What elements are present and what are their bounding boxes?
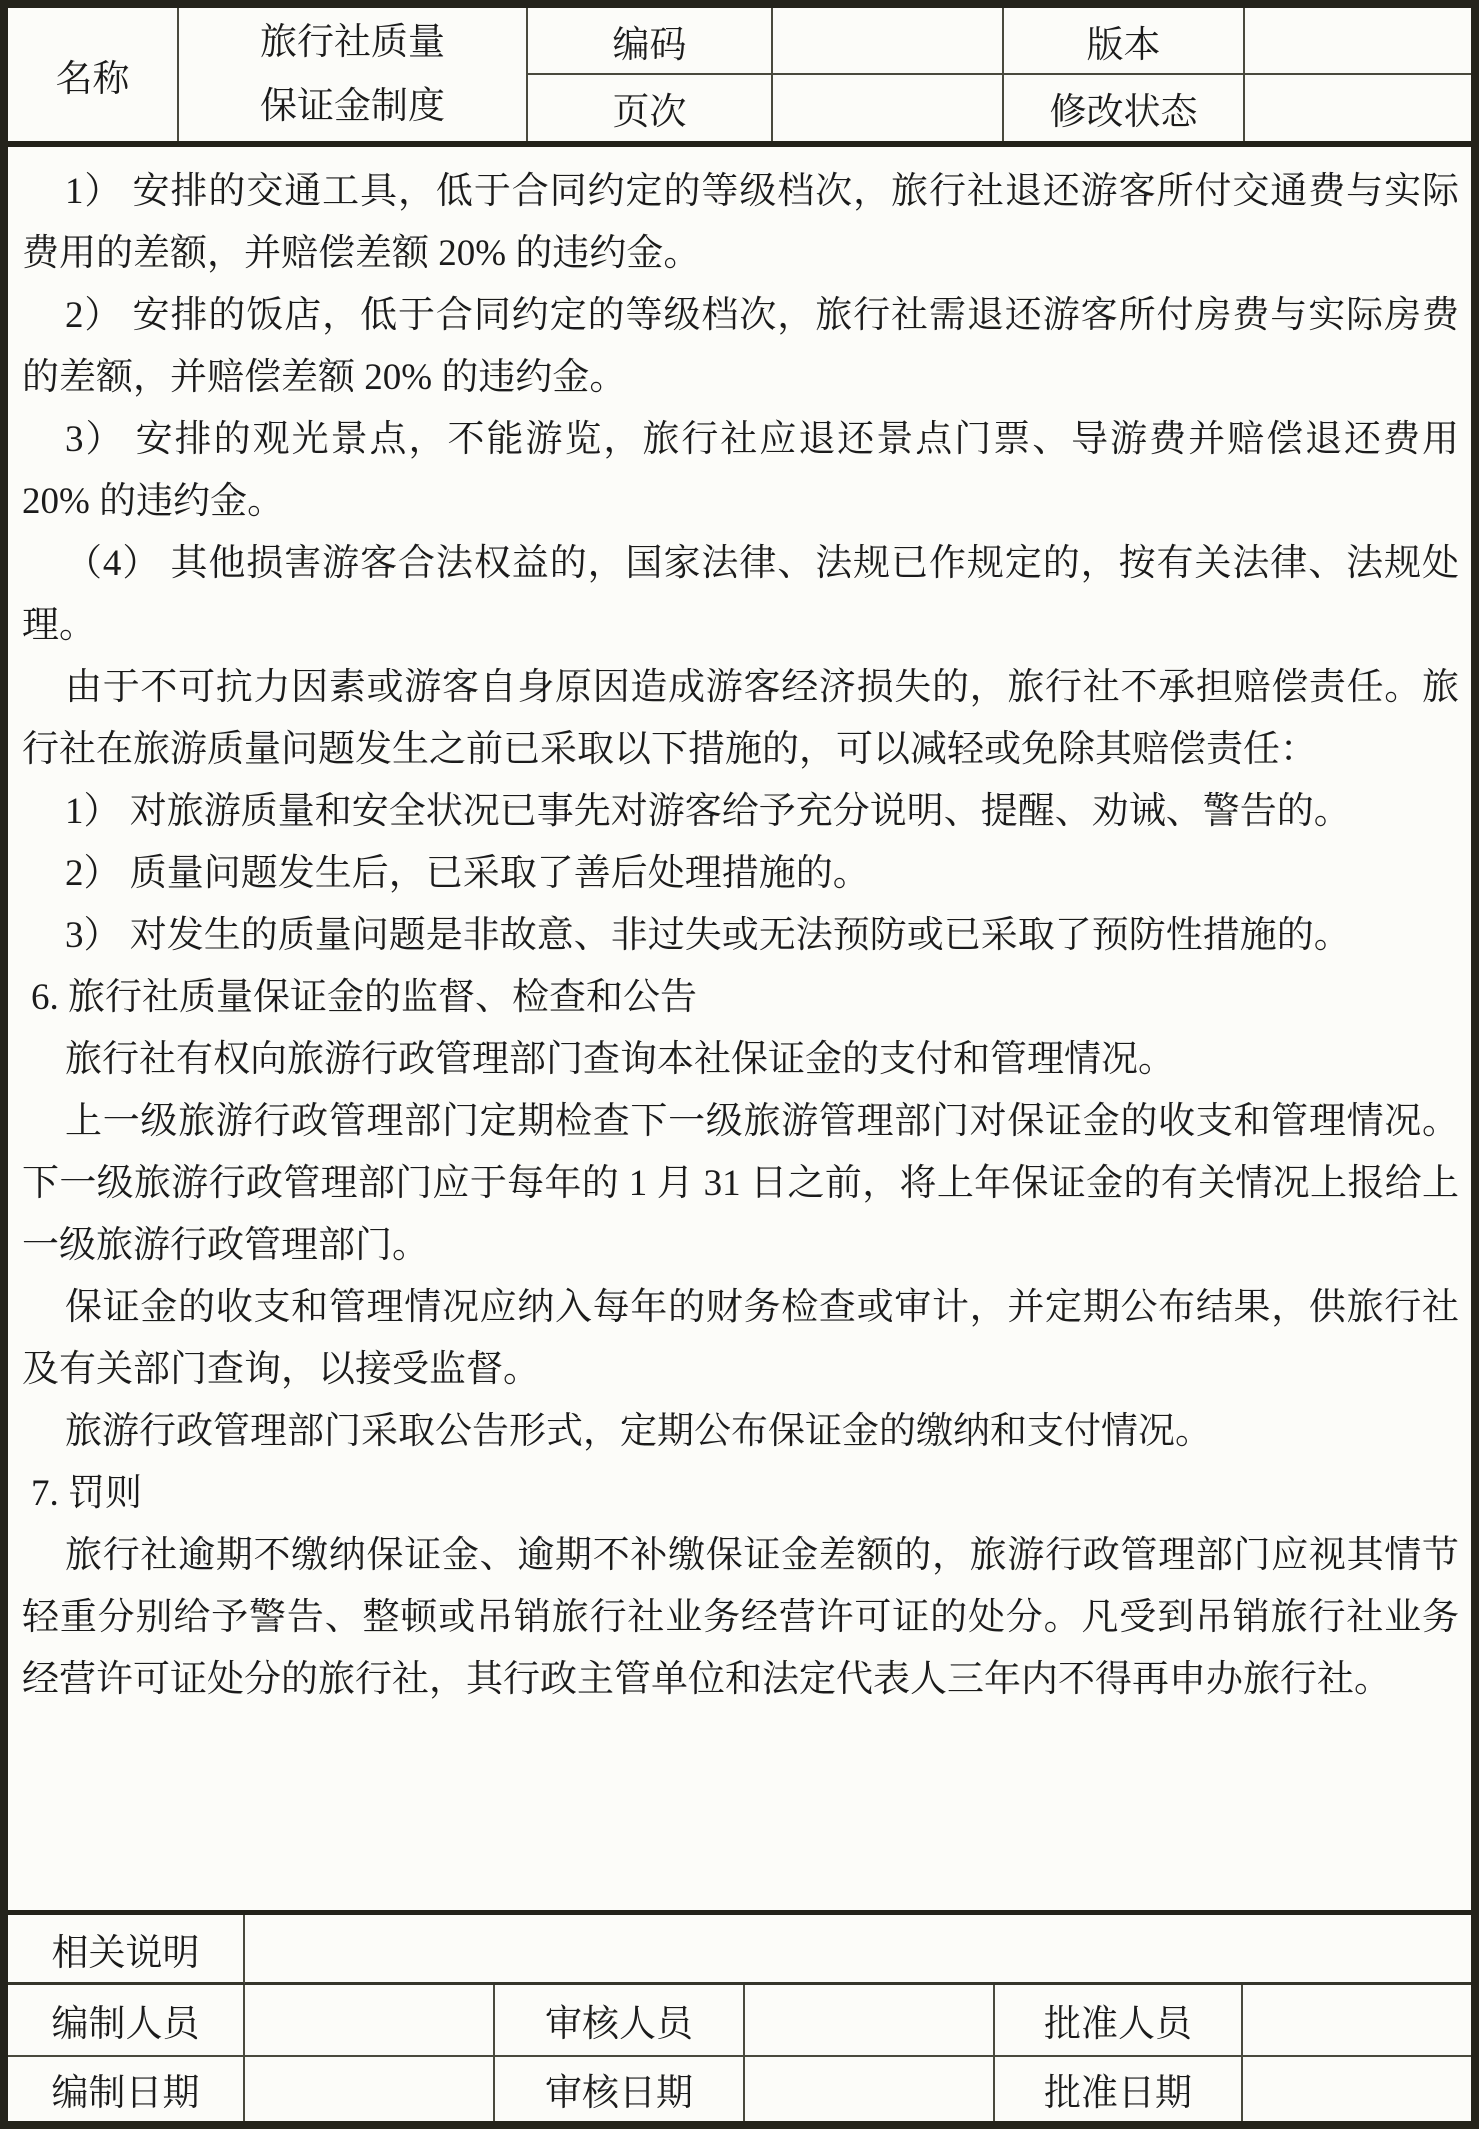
body-paragraph: 1） 对旅游质量和安全状况已事先对游客给予充分说明、提醒、劝诫、警告的。: [22, 781, 1459, 843]
doc-title-line1: 旅行社质量: [260, 11, 445, 75]
version-label-cell: 版本: [1004, 8, 1245, 75]
body-paragraph: 保证金的收支和管理情况应纳入每年的财务检查或审计，并定期公布结果，供旅行社及有关…: [22, 1277, 1459, 1401]
body-paragraph: 2） 安排的饭店，低于合同约定的等级档次，旅行社需退还游客所付房费与实际房费的差…: [22, 285, 1459, 409]
code-value-cell: [773, 8, 1004, 75]
body-paragraph: 旅行社有权向旅游行政管理部门查询本社保证金的支付和管理情况。: [22, 1029, 1459, 1091]
approved-by-label-cell: 批准人员: [995, 1985, 1243, 2057]
section-heading: 7. 罚则: [22, 1463, 1459, 1525]
body-paragraph: 上一级旅游行政管理部门定期检查下一级旅游管理部门对保证金的收支和管理情况。下一级…: [22, 1091, 1459, 1277]
prepared-by-label-cell: 编制人员: [8, 1985, 245, 2057]
reviewed-date-value-cell: [745, 2057, 995, 2121]
body-paragraph: 旅游行政管理部门采取公告形式，定期公布保证金的缴纳和支付情况。: [22, 1401, 1459, 1463]
notes-value-cell: [245, 1915, 1471, 1985]
reviewed-date-label-cell: 审核日期: [495, 2057, 745, 2121]
scanned-page-frame: 名称 旅行社质量 保证金制度 编码 版本 页次 修改状态 1） 安排的交通工具，…: [0, 0, 1479, 2129]
notes-label-cell: 相关说明: [8, 1915, 245, 1985]
section-heading: 6. 旅行社质量保证金的监督、检查和公告: [22, 967, 1459, 1029]
body-paragraph: 2） 质量问题发生后，已采取了善后处理措施的。: [22, 843, 1459, 905]
doc-title-line2: 保证金制度: [260, 75, 445, 139]
body-paragraph: 3） 对发生的质量问题是非故意、非过失或无法预防或已采取了预防性措施的。: [22, 905, 1459, 967]
prepared-date-label-cell: 编制日期: [8, 2057, 245, 2121]
prepared-by-value-cell: [245, 1985, 495, 2057]
approved-by-value-cell: [1243, 1985, 1471, 2057]
page-label-cell: 页次: [528, 75, 773, 141]
approved-date-value-cell: [1243, 2057, 1471, 2121]
prepared-date-value-cell: [245, 2057, 495, 2121]
reviewed-by-value-cell: [745, 1985, 995, 2057]
body-paragraph: （4） 其他损害游客合法权益的，国家法律、法规已作规定的，按有关法律、法规处理。: [22, 533, 1459, 657]
doc-title-cell: 旅行社质量 保证金制度: [179, 8, 528, 141]
body-paragraph: 3） 安排的观光景点，不能游览，旅行社应退还景点门票、导游费并赔偿退还费用 20…: [22, 409, 1459, 533]
name-label-cell: 名称: [8, 8, 179, 141]
revision-label-cell: 修改状态: [1004, 75, 1245, 141]
body-paragraph: 旅行社逾期不缴纳保证金、逾期不补缴保证金差额的，旅游行政管理部门应视其情节轻重分…: [22, 1525, 1459, 1711]
page-value-cell: [773, 75, 1004, 141]
revision-value-cell: [1245, 75, 1471, 141]
body-paragraph: 1） 安排的交通工具，低于合同约定的等级档次，旅行社退还游客所付交通费与实际费用…: [22, 161, 1459, 285]
code-label-cell: 编码: [528, 8, 773, 75]
footer-table: 相关说明 编制人员 审核人员 批准人员 编制日期 审核日期 批准日期: [8, 1910, 1471, 2121]
body-paragraph: 由于不可抗力因素或游客自身原因造成游客经济损失的，旅行社不承担赔偿责任。旅行社在…: [22, 657, 1459, 781]
document-sheet: 名称 旅行社质量 保证金制度 编码 版本 页次 修改状态 1） 安排的交通工具，…: [8, 8, 1471, 2121]
version-value-cell: [1245, 8, 1471, 75]
header-table: 名称 旅行社质量 保证金制度 编码 版本 页次 修改状态: [8, 8, 1471, 147]
reviewed-by-label-cell: 审核人员: [495, 1985, 745, 2057]
document-body: 1） 安排的交通工具，低于合同约定的等级档次，旅行社退还游客所付交通费与实际费用…: [8, 147, 1471, 1910]
approved-date-label-cell: 批准日期: [995, 2057, 1243, 2121]
